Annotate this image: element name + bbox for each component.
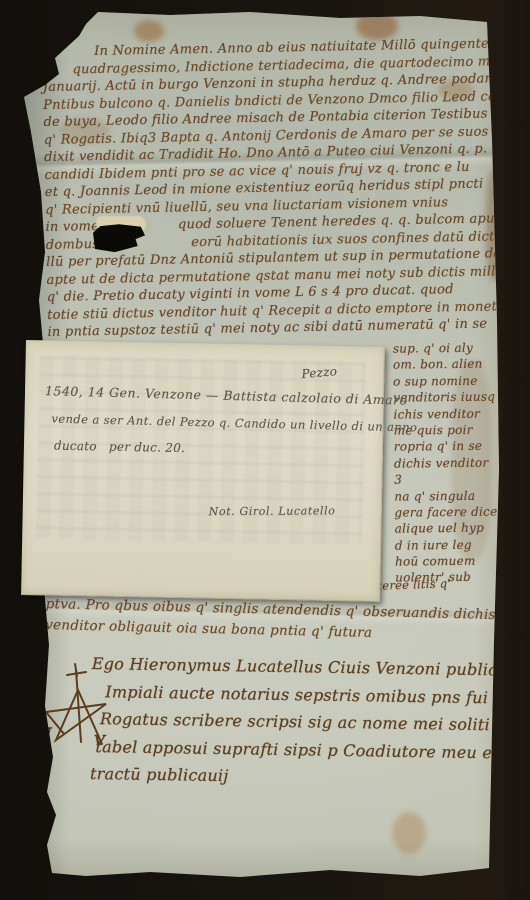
- archival-slip: Pezzo 1540, 14 Gen. Venzone — Battista c…: [21, 340, 385, 602]
- slip-summary-line: vende a ser Ant. del Pezzo q. Candido un…: [51, 412, 417, 435]
- margin-line: d in iure leg: [395, 536, 515, 554]
- margin-line: na q' singula: [394, 487, 514, 505]
- margin-line: sup. q' oi aly: [393, 339, 513, 357]
- margin-line: 3: [394, 470, 514, 488]
- notary-subscription-block: Ego Hieronymus Lucatellus Ciuis Venzoni …: [90, 650, 492, 794]
- margin-line: o sup nomine: [393, 372, 513, 390]
- stain: [392, 812, 426, 854]
- notary-sign-icon: H V: [34, 662, 114, 758]
- margin-line: venditoris iuusq: [393, 389, 513, 407]
- stain: [356, 12, 398, 40]
- margin-line: gera facere dicen: [394, 503, 514, 521]
- slip-notary-signature: Not. Girol. Lucatello: [209, 504, 336, 518]
- margin-line: alique uel hyp: [395, 520, 515, 538]
- margin-line: dichis venditor: [394, 454, 514, 472]
- svg-text:V: V: [94, 732, 107, 750]
- margin-line: ropria q' in se: [394, 438, 514, 456]
- stain: [134, 20, 164, 42]
- slip-summary-line: 1540, 14 Gen. Venzone — Battista calzola…: [45, 383, 408, 407]
- svg-text:H: H: [36, 725, 53, 745]
- right-margin-text-block: sup. q' oi aly om. bon. alien o sup nomi…: [393, 339, 516, 586]
- margin-line: om. bon. alien: [393, 356, 513, 374]
- slip-summary-line: ducato per duc. 20.: [54, 439, 185, 456]
- slip-corner-label: Pezzo: [301, 364, 338, 381]
- main-text-block: In Nomine Amen. Anno ab eius natiuitate …: [42, 35, 504, 341]
- closing-text-block: ptva. Pro qbus oibus q' singlis atendend…: [45, 594, 506, 646]
- photograph-of-manuscript: In Nomine Amen. Anno ab eius natiuitate …: [0, 0, 530, 900]
- margin-line: hoū comuem: [395, 552, 515, 570]
